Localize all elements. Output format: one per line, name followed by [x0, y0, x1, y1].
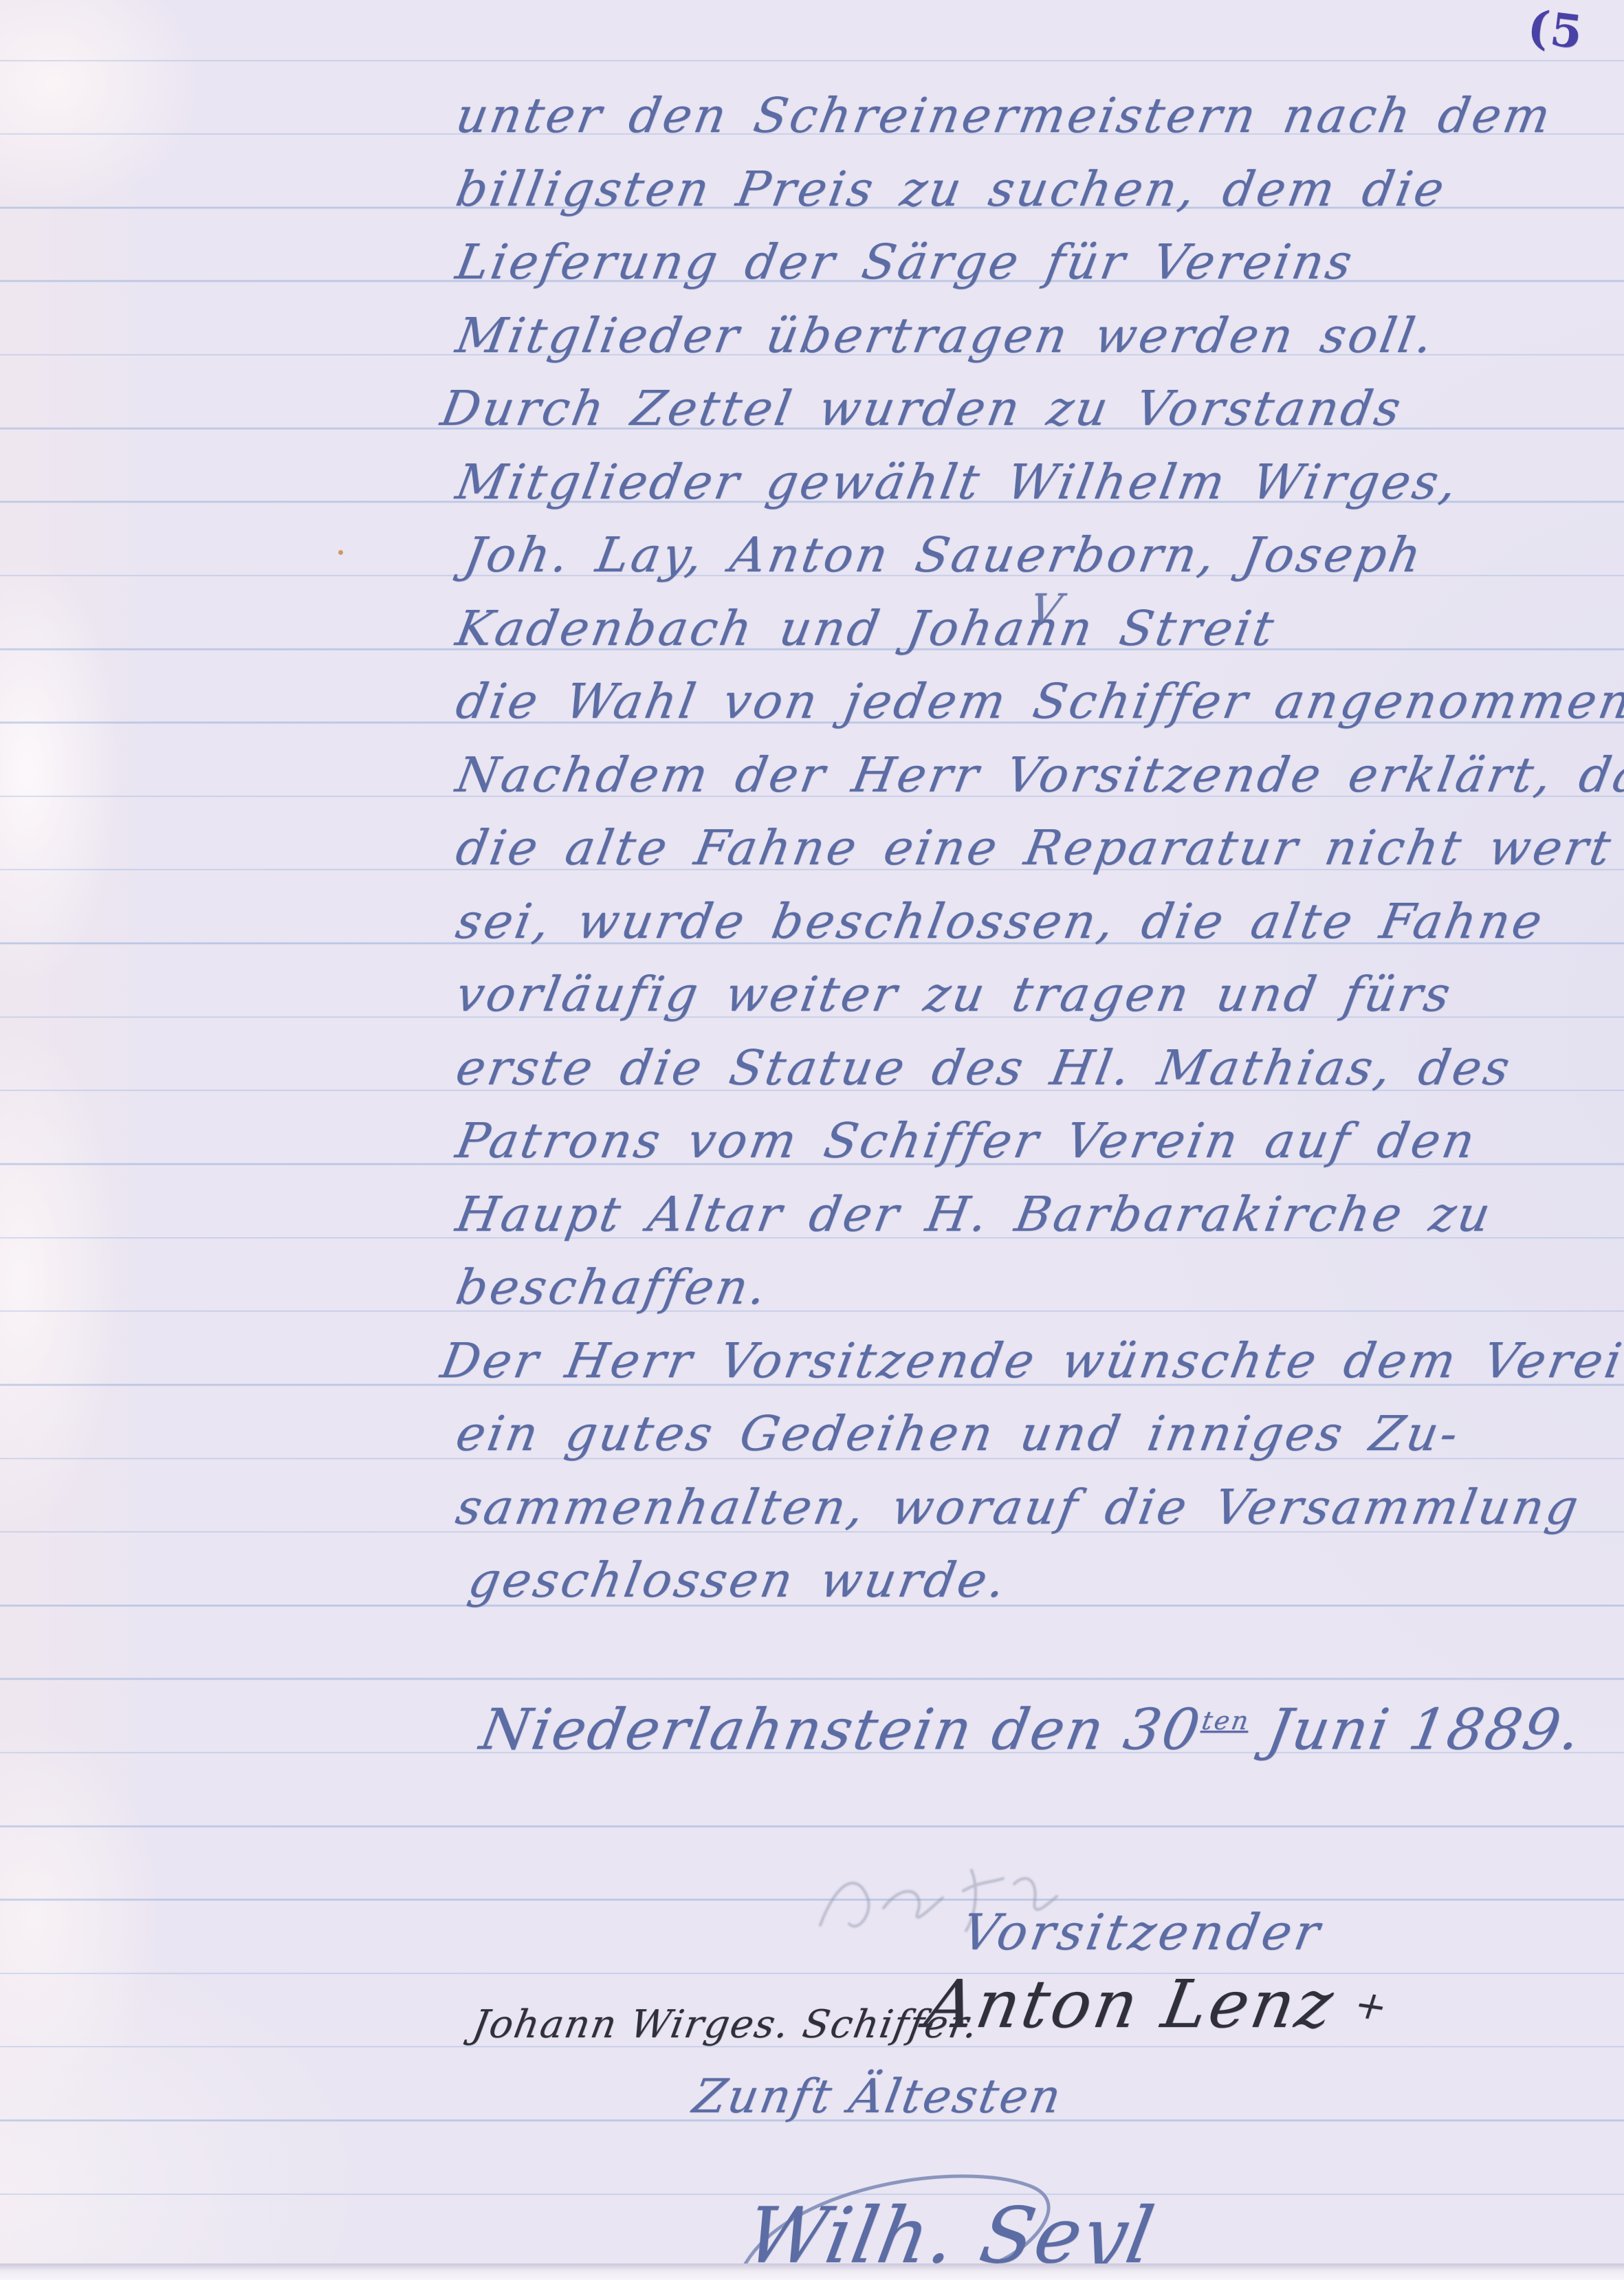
- manuscript-line: billigsten Preis zu suchen, dem die: [450, 153, 1624, 226]
- manuscript-line: Durch Zettel wurden zu Vorstands: [435, 372, 1624, 446]
- chairman-handmark-cross: +: [1341, 1960, 1403, 2053]
- manuscript-line: Der Herr Vorsitzende wünschte dem Verein: [435, 1324, 1624, 1398]
- manuscript-line: unter den Schreinermeistern nach dem: [450, 79, 1624, 153]
- dateline: Niederlahnstein den 30ten Juni 1889.: [474, 1683, 1590, 1768]
- manuscript-line: geschlossen wurde.: [463, 1544, 1624, 1617]
- chairman-name: Anton Lenz: [920, 1966, 1341, 2043]
- signature-johann-wirges-schiffer: Johann Wirges. Schiffer.: [468, 1994, 984, 2056]
- manuscript-body: unter den Schreinermeistern nach dem bil…: [450, 79, 1624, 1617]
- paper-fleck: [338, 550, 343, 555]
- manuscript-line: sammenhalten, worauf die Versammlung: [450, 1471, 1624, 1544]
- page-bottom-edge: [0, 2263, 1624, 2280]
- manuscript-line: ein gutes Gedeihen und inniges Zu-: [450, 1397, 1624, 1471]
- signature-title-vorsitzender: Vorsitzender: [957, 1898, 1328, 1966]
- manuscript-line: sei, wurde beschlossen, die alte Fahne: [450, 885, 1624, 958]
- manuscript-line: Joh. Lay, Anton Sauerborn, Joseph: [459, 518, 1624, 592]
- page-number: (5: [1525, 0, 1587, 60]
- scanned-manuscript-page: (5 unter den Schreinermeistern nach dem …: [0, 0, 1624, 2280]
- manuscript-line: Mitglieder übertragen werden soll.: [450, 299, 1624, 373]
- manuscript-line: Mitglieder gewählt Wilhelm Wirges,: [450, 446, 1624, 519]
- dateline-place-day: Niederlahnstein den 30: [475, 1697, 1206, 1762]
- manuscript-line: die Wahl von jedem Schiffer angenommen.: [450, 665, 1624, 738]
- manuscript-line: Lieferung der Särge für Vereins: [450, 226, 1624, 299]
- signature-zunft-aeltesten: Zunft Ältesten: [688, 2063, 1068, 2131]
- manuscript-line: Haupt Altar der H. Barbarakirche zu: [450, 1178, 1624, 1251]
- manuscript-line: Patrons vom Schiffer Verein auf den: [450, 1104, 1624, 1178]
- manuscript-line: erste die Statue des Hl. Mathias, des: [450, 1031, 1624, 1105]
- manuscript-line: beschaffen.: [450, 1251, 1624, 1324]
- dateline-month-year: Juni 1889.: [1242, 1697, 1587, 1762]
- signature-anton-lenz: Anton Lenz+: [919, 1960, 1398, 2051]
- manuscript-line: Nachdem der Herr Vorsitzende erklärt, da…: [450, 738, 1624, 812]
- dateline-superscript: ten: [1200, 1706, 1253, 1735]
- manuscript-line: vorläufig weiter zu tragen und fürs: [450, 958, 1624, 1031]
- manuscript-line: die alte Fahne eine Reparatur nicht wert: [450, 811, 1624, 885]
